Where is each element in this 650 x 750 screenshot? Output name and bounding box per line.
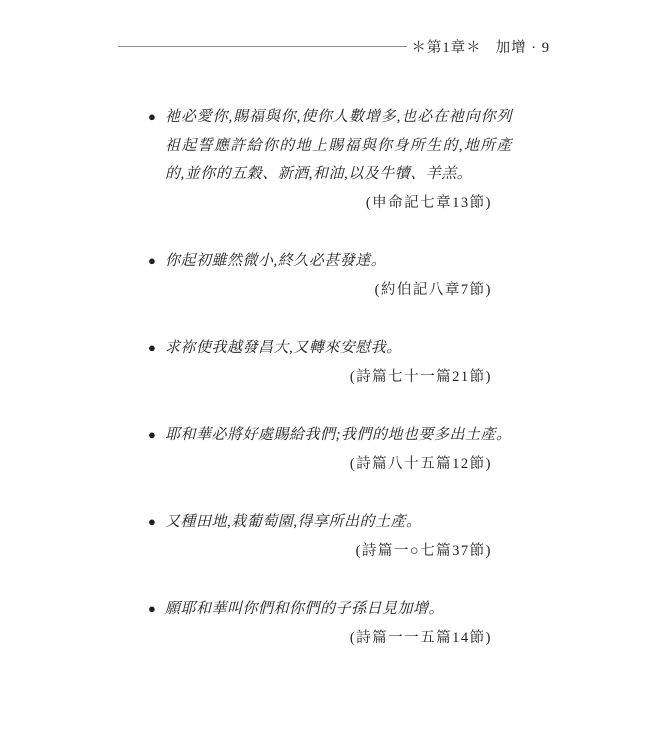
quote-text: 祂必愛你,賜福與你,使你人數增多,也必在祂向你列祖起誓應許給你的地上賜福與你身所…	[165, 103, 512, 189]
book-page: ＊第1章＊ 加增 · 9 ● 祂必愛你,賜福與你,使你人數增多,也必在祂向你列祖…	[0, 0, 650, 750]
quote-line: ● 祂必愛你,賜福與你,使你人數增多,也必在祂向你列祖起誓應許給你的地上賜福與你…	[148, 103, 512, 189]
quote-block: ● 又種田地,栽葡萄園,得享所出的土產。 (詩篇一○七篇37節)	[148, 508, 512, 565]
quote-block: ● 你起初雖然微小,終久必甚發達。 (約伯記八章7節)	[148, 247, 512, 304]
quote-text: 願耶和華叫你們和你們的子孫日見加增。	[165, 595, 512, 624]
quote-reference: (詩篇七十一篇21節)	[148, 363, 512, 392]
quotes-list: ● 祂必愛你,賜福與你,使你人數增多,也必在祂向你列祖起誓應許給你的地上賜福與你…	[148, 103, 512, 652]
running-head: ＊第1章＊ 加增 · 9	[407, 36, 550, 57]
quote-line: ● 願耶和華叫你們和你們的子孫日見加增。	[148, 595, 512, 624]
quote-reference: (詩篇一○七篇37節)	[148, 537, 512, 566]
quote-text: 又種田地,栽葡萄園,得享所出的土產。	[165, 508, 512, 537]
quote-reference: (約伯記八章7節)	[148, 276, 512, 305]
quote-text: 耶和華必將好處賜給我們;我們的地也要多出土產。	[165, 421, 512, 450]
quote-reference: (申命記七章13節)	[148, 189, 512, 218]
running-title-page-number: 加增 · 9	[496, 36, 550, 57]
bullet-icon: ●	[148, 595, 165, 624]
quote-block: ● 耶和華必將好處賜給我們;我們的地也要多出土產。 (詩篇八十五篇12節)	[148, 421, 512, 478]
quote-block: ● 求祢使我越發昌大,又轉來安慰我。 (詩篇七十一篇21節)	[148, 334, 512, 391]
quote-text: 求祢使我越發昌大,又轉來安慰我。	[165, 334, 512, 363]
bullet-icon: ●	[148, 421, 165, 450]
quote-text: 你起初雖然微小,終久必甚發達。	[165, 247, 512, 276]
quote-line: ● 又種田地,栽葡萄園,得享所出的土產。	[148, 508, 512, 537]
quote-reference: (詩篇一一五篇14節)	[148, 624, 512, 653]
quote-block: ● 祂必愛你,賜福與你,使你人數增多,也必在祂向你列祖起誓應許給你的地上賜福與你…	[148, 103, 512, 217]
quote-line: ● 耶和華必將好處賜給我們;我們的地也要多出土產。	[148, 421, 512, 450]
quote-block: ● 願耶和華叫你們和你們的子孫日見加增。 (詩篇一一五篇14節)	[148, 595, 512, 652]
bullet-icon: ●	[148, 247, 165, 276]
header-rule	[118, 46, 407, 47]
quote-line: ● 你起初雖然微小,終久必甚發達。	[148, 247, 512, 276]
quote-line: ● 求祢使我越發昌大,又轉來安慰我。	[148, 334, 512, 363]
bullet-icon: ●	[148, 334, 165, 363]
page-header: ＊第1章＊ 加增 · 9	[118, 0, 550, 54]
bullet-icon: ●	[148, 103, 165, 132]
bullet-icon: ●	[148, 508, 165, 537]
quote-reference: (詩篇八十五篇12節)	[148, 450, 512, 479]
chapter-label: ＊第1章＊	[411, 36, 481, 57]
